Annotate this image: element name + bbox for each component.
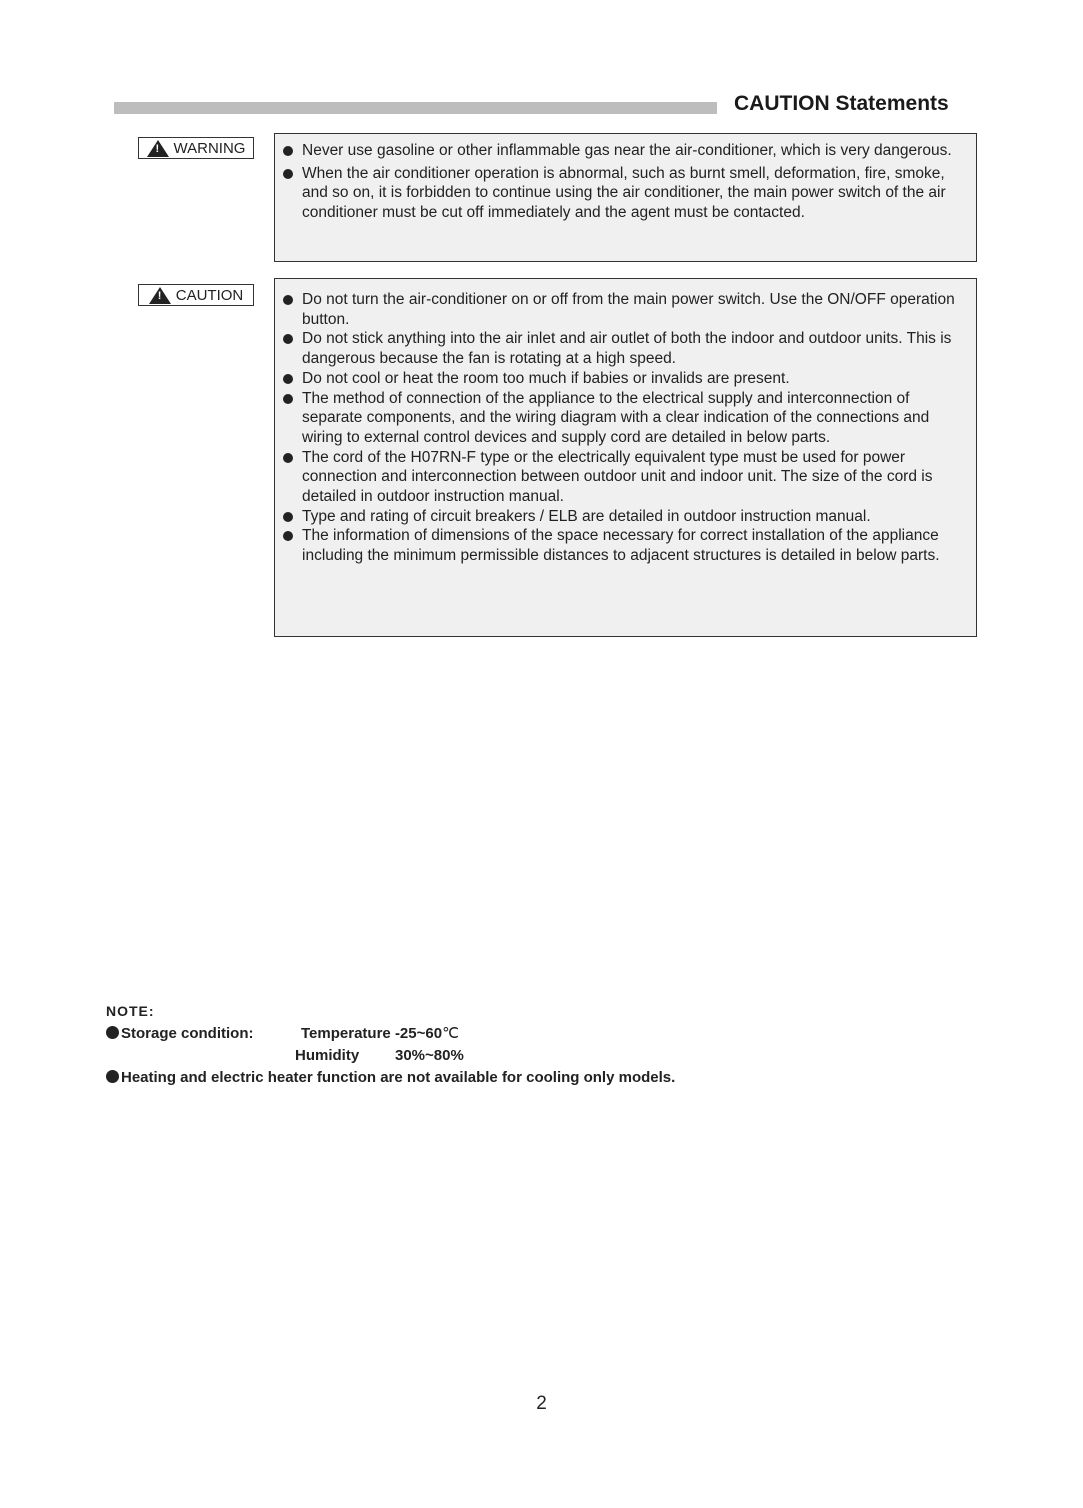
humidity-row: Humidity30%~80%: [106, 1045, 675, 1067]
caution-item: Type and rating of circuit breakers / EL…: [275, 507, 976, 527]
heating-note-row: Heating and electric heater function are…: [106, 1067, 675, 1089]
temperature-unit: ℃: [442, 1025, 459, 1042]
note-title: NOTE:: [106, 1003, 675, 1019]
bullet-icon: [283, 394, 293, 404]
warning-triangle-icon: [149, 287, 171, 304]
page-number: 2: [0, 1393, 1083, 1415]
caution-item: Do not cool or heat the room too much if…: [275, 369, 976, 389]
bullet-icon: [283, 295, 293, 305]
caution-item: Do not stick anything into the air inlet…: [275, 329, 976, 368]
bullet-icon: [106, 1070, 119, 1083]
bullet-icon: [283, 453, 293, 463]
bullet-icon: [283, 531, 293, 541]
bullet-icon: [283, 374, 293, 384]
bullet-icon: [283, 334, 293, 344]
temperature-label: Temperature: [301, 1025, 391, 1042]
caution-item: The method of connection of the applianc…: [275, 389, 976, 448]
warning-box: Never use gasoline or other inflammable …: [274, 133, 977, 262]
page-title: CAUTION Statements: [734, 92, 949, 116]
caution-item: The information of dimensions of the spa…: [275, 526, 976, 565]
bullet-icon: [283, 146, 293, 156]
humidity-value: 30%~80%: [395, 1047, 464, 1064]
caution-label: CAUTION: [138, 284, 254, 306]
warning-label-text: WARNING: [174, 140, 246, 157]
caution-item: Do not turn the air-conditioner on or of…: [275, 290, 976, 329]
caution-label-text: CAUTION: [176, 287, 244, 304]
heating-note: Heating and electric heater function are…: [121, 1069, 675, 1086]
warning-item: When the air conditioner operation is ab…: [275, 164, 976, 223]
warning-item: Never use gasoline or other inflammable …: [275, 141, 976, 161]
bullet-icon: [106, 1026, 119, 1039]
storage-label: Storage condition:: [121, 1023, 301, 1045]
bullet-icon: [283, 512, 293, 522]
header-bar: [114, 102, 717, 114]
note-section: NOTE: Storage condition:Temperature -25~…: [106, 1003, 675, 1089]
caution-box: Do not turn the air-conditioner on or of…: [274, 278, 977, 637]
bullet-icon: [283, 169, 293, 179]
humidity-label: Humidity: [295, 1045, 395, 1067]
warning-label: WARNING: [138, 137, 254, 159]
caution-item: The cord of the H07RN-F type or the elec…: [275, 448, 976, 507]
temperature-value: -25~60: [395, 1025, 442, 1042]
warning-triangle-icon: [147, 140, 169, 157]
storage-condition-row: Storage condition:Temperature -25~60℃: [106, 1023, 675, 1045]
